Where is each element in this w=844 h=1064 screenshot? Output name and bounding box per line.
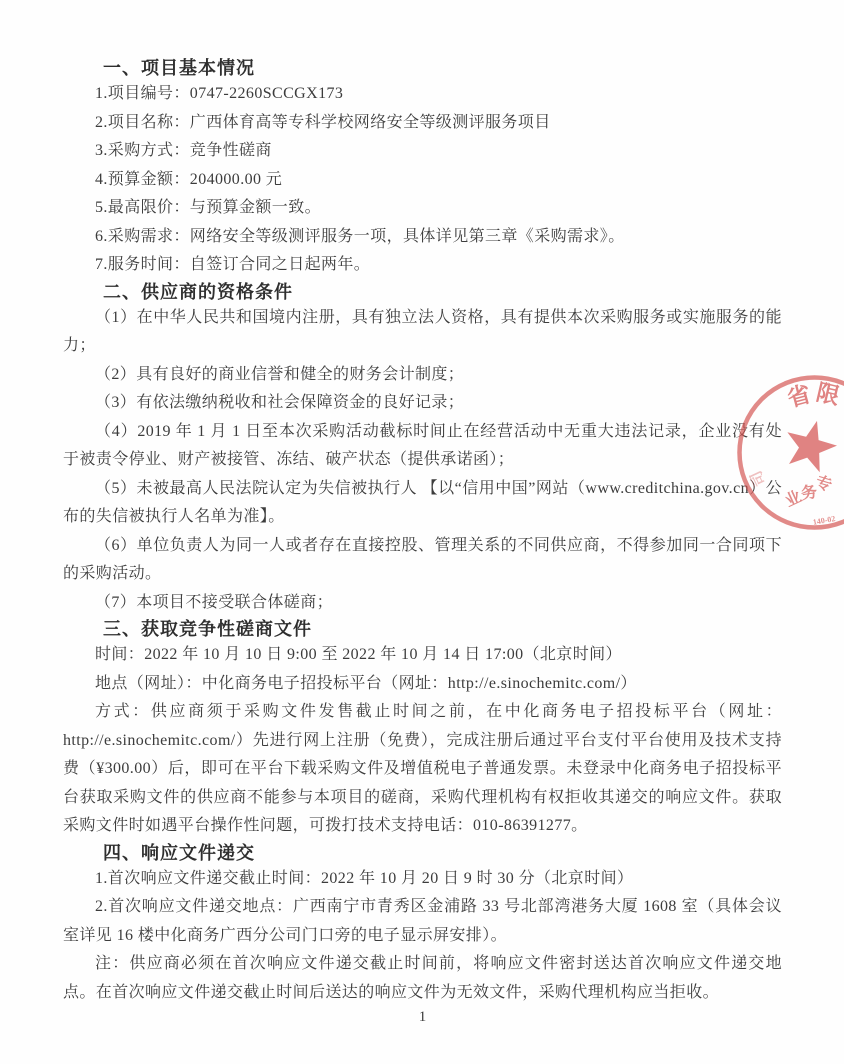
seal-top-char-2: 限: [814, 380, 842, 410]
seal-bottom-char-3: 专: [813, 472, 834, 495]
seal-bottom-char-1: 业: [782, 487, 804, 510]
section-3-heading: 三、获取竞争性磋商文件: [63, 617, 782, 641]
qualification-1: （1）在中华人民共和国境内注册，具有独立法人资格，具有提供本次采购服务或实施服务…: [63, 304, 782, 361]
qualification-5: （5）未被最高人民法院认定为失信被执行人 【以“信用中国”网站（www.cred…: [63, 475, 782, 532]
obtain-time-line: 时间：2022 年 10 月 10 日 9:00 至 2022 年 10 月 1…: [63, 641, 782, 670]
qualification-7: （7）本项目不接受联合体磋商；: [63, 589, 782, 618]
project-number-line: 1.项目编号：0747-2260SCCGX173: [63, 80, 782, 109]
procurement-method-line: 3.采购方式：竞争性磋商: [63, 137, 782, 166]
project-name-line: 2.项目名称：广西体育高等专科学校网络安全等级测评服务项目: [63, 109, 782, 138]
document-page: 一、项目基本情况 1.项目编号：0747-2260SCCGX173 2.项目名称…: [0, 0, 844, 1064]
budget-amount-line: 4.预算金额：204000.00 元: [63, 166, 782, 195]
procurement-requirement-line: 6.采购需求：网络安全等级测评服务一项，具体详见第三章《采购需求》。: [63, 223, 782, 252]
submission-deadline-line: 1.首次响应文件递交截止时间：2022 年 10 月 20 日 9 时 30 分…: [63, 865, 782, 894]
document-content: 一、项目基本情况 1.项目编号：0747-2260SCCGX173 2.项目名称…: [63, 56, 782, 1042]
section-1-heading: 一、项目基本情况: [63, 56, 782, 80]
section-4-heading: 四、响应文件递交: [63, 841, 782, 865]
obtain-method-line: 方式：供应商须于采购文件发售截止时间之前，在中化商务电子招投标平台（网址：htt…: [63, 698, 782, 841]
qualification-4: （4）2019 年 1 月 1 日至本次采购活动截标时间止在经营活动中无重大违法…: [63, 418, 782, 475]
section-2-heading: 二、供应商的资格条件: [63, 280, 782, 304]
submission-note-line: 注：供应商必须在首次响应文件递交截止时间前，将响应文件密封送达首次响应文件递交地…: [63, 950, 782, 1007]
max-price-line: 5.最高限价：与预算金额一致。: [63, 194, 782, 223]
qualification-6: （6）单位负责人为同一人或者存在直接控股、管理关系的不同供应商，不得参加同一合同…: [63, 532, 782, 589]
page-number: 1: [63, 1007, 782, 1027]
seal-top-char-1: 省: [785, 381, 814, 411]
submission-address-line: 2.首次响应文件递交地点：广西南宁市青秀区金浦路 33 号北部湾港务大厦 160…: [63, 893, 782, 950]
seal-code: 140-02: [812, 514, 836, 527]
qualification-2: （2）具有良好的商业信誉和健全的财务会计制度；: [63, 361, 782, 390]
service-period-line: 7.服务时间：自签订合同之日起两年。: [63, 251, 782, 280]
star-icon: [787, 421, 837, 472]
seal-bottom-char-2: 务: [800, 482, 819, 503]
obtain-location-line: 地点（网址）：中化商务电子招投标平台（网址：http://e.sinochemi…: [63, 670, 782, 699]
qualification-3: （3）有依法缴纳税收和社会保障资金的良好记录；: [63, 389, 782, 418]
